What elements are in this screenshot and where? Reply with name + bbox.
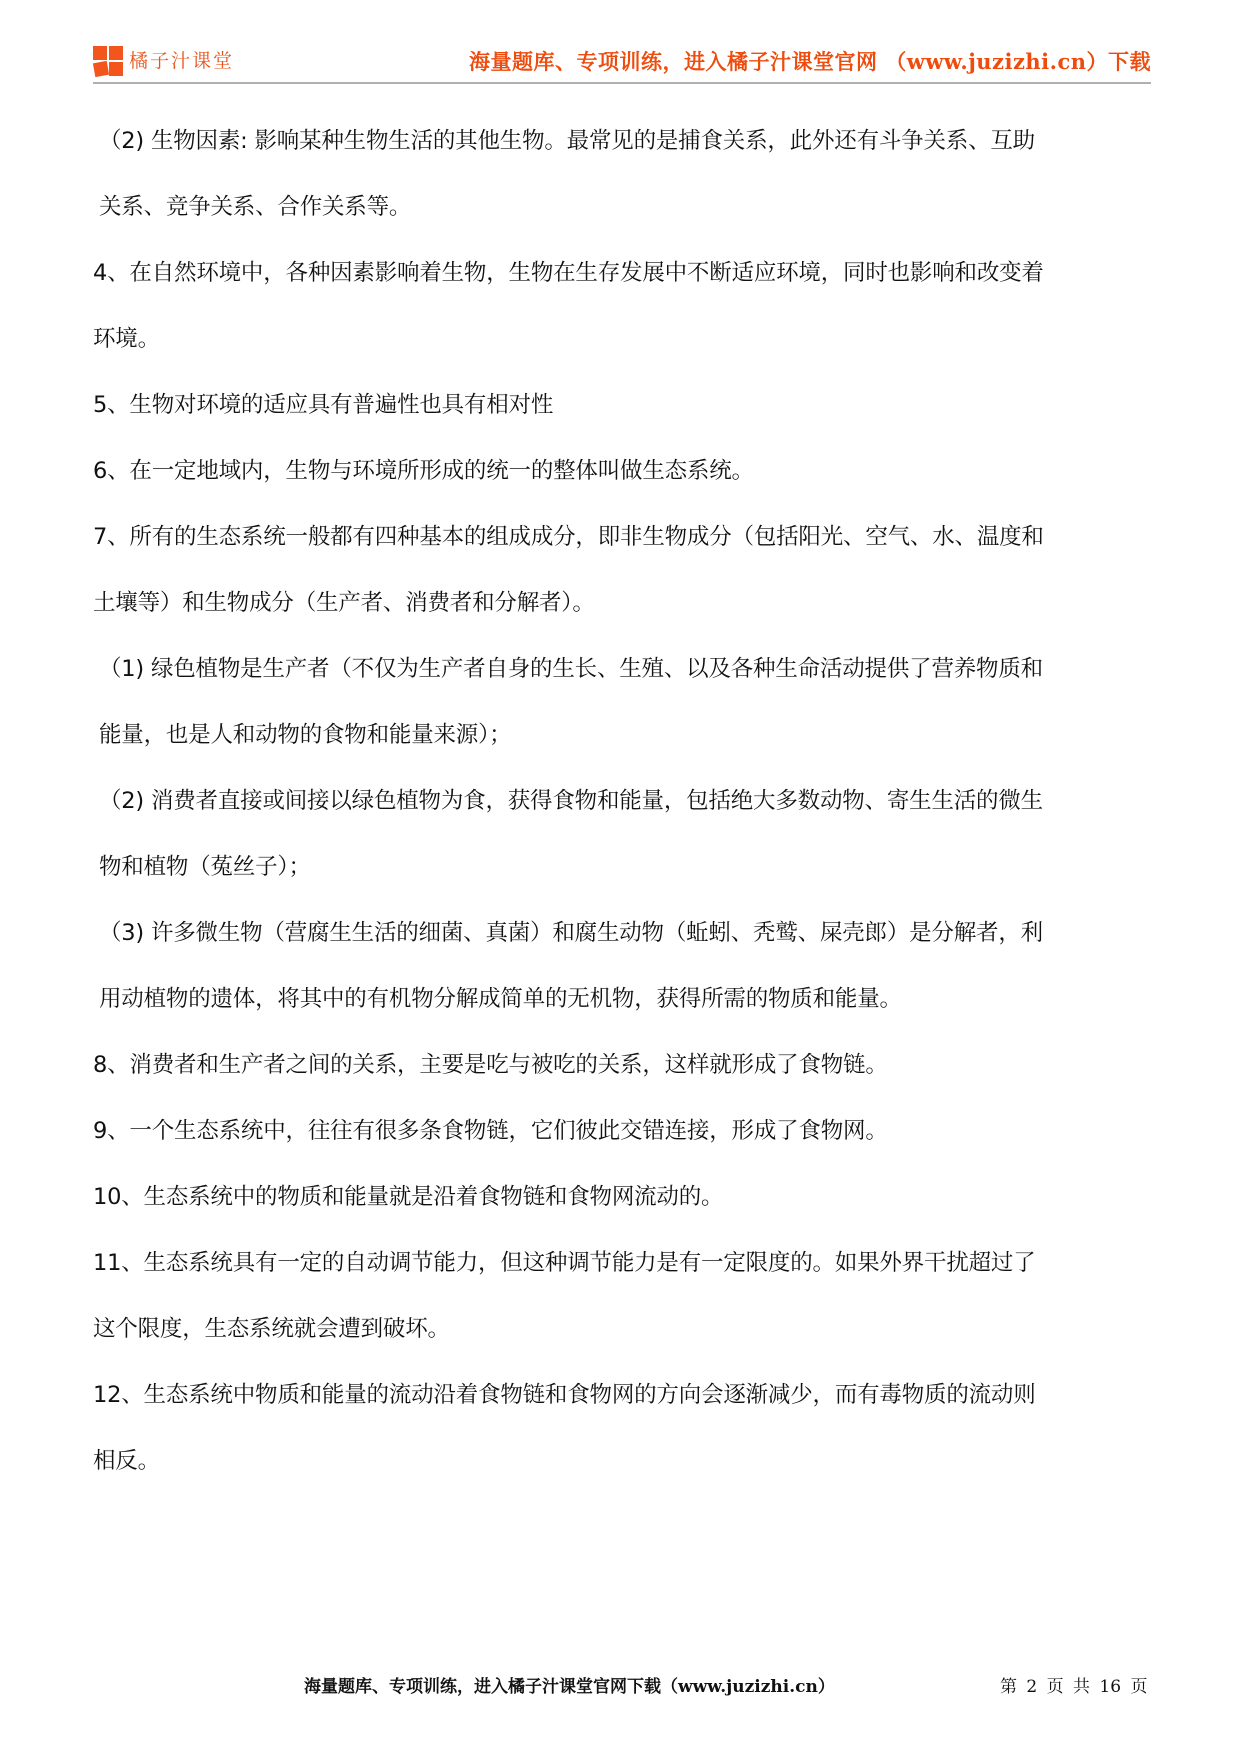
page-header: 橘子汁课堂 海量题库、专项训练，进入橘子汁课堂官网 （www.juzizhi.c… bbox=[93, 40, 1151, 84]
logo-square bbox=[109, 62, 123, 76]
paragraph-12: 12、生态系统中物质和能量的流动沿着食物链和食物网的方向会逐渐减少，而有毒物质的… bbox=[93, 1362, 1158, 1494]
logo-square bbox=[93, 46, 107, 60]
paragraph-7-decomposers: （3) 许多微生物（营腐生生活的细菌、真菌）和腐生动物（蚯蚓、秃鹫、屎壳郎）是分… bbox=[93, 900, 1158, 1032]
paragraph-10: 10、生态系统中的物质和能量就是沿着食物链和食物网流动的。 bbox=[93, 1164, 1158, 1230]
page-indicator: 第 2 页 共 16 页 bbox=[1000, 1672, 1147, 1697]
paragraph-9: 9、一个生态系统中，往往有很多条食物链，它们彼此交错连接，形成了食物网。 bbox=[93, 1098, 1158, 1164]
paragraph-11: 11、生态系统具有一定的自动调节能力，但这种调节能力是有一定限度的。如果外界干扰… bbox=[93, 1230, 1158, 1362]
header-slogan-link[interactable]: 海量题库、专项训练，进入橘子汁课堂官网 （www.juzizhi.cn）下载 bbox=[469, 46, 1151, 76]
logo-square bbox=[109, 46, 123, 60]
paragraph-7-consumers: （2) 消费者直接或间接以绿色植物为食，获得食物和能量，包括绝大多数动物、寄生生… bbox=[93, 768, 1158, 900]
footer-slogan-link[interactable]: 海量题库、专项训练，进入橘子汁课堂官网下载（www.juzizhi.cn） bbox=[304, 1672, 835, 1697]
logo-square bbox=[93, 61, 109, 77]
page-footer: 海量题库、专项训练，进入橘子汁课堂官网下载（www.juzizhi.cn） 第 … bbox=[0, 1672, 1240, 1702]
paragraph-4: 4、在自然环境中，各种因素影响着生物，生物在生存发展中不断适应环境，同时也影响和… bbox=[93, 240, 1158, 372]
paragraph-6: 6、在一定地域内，生物与环境所形成的统一的整体叫做生态系统。 bbox=[93, 438, 1158, 504]
brand-logo-icon bbox=[93, 46, 123, 76]
paragraph-7-producers: （1) 绿色植物是生产者（不仅为生产者自身的生长、生殖、以及各种生命活动提供了营… bbox=[93, 636, 1158, 768]
paragraph-7: 7、所有的生态系统一般都有四种基本的组成成分，即非生物成分（包括阳光、空气、水、… bbox=[93, 504, 1158, 636]
paragraph-biotic-factors: （2) 生物因素: 影响某种生物生活的其他生物。最常见的是捕食关系，此外还有斗争… bbox=[93, 108, 1158, 240]
paragraph-8: 8、消费者和生产者之间的关系，主要是吃与被吃的关系，这样就形成了食物链。 bbox=[93, 1032, 1158, 1098]
brand-name: 橘子汁课堂 bbox=[129, 46, 234, 73]
paragraph-5: 5、生物对环境的适应具有普遍性也具有相对性 bbox=[93, 372, 1158, 438]
document-body: （2) 生物因素: 影响某种生物生活的其他生物。最常见的是捕食关系，此外还有斗争… bbox=[93, 108, 1158, 1494]
